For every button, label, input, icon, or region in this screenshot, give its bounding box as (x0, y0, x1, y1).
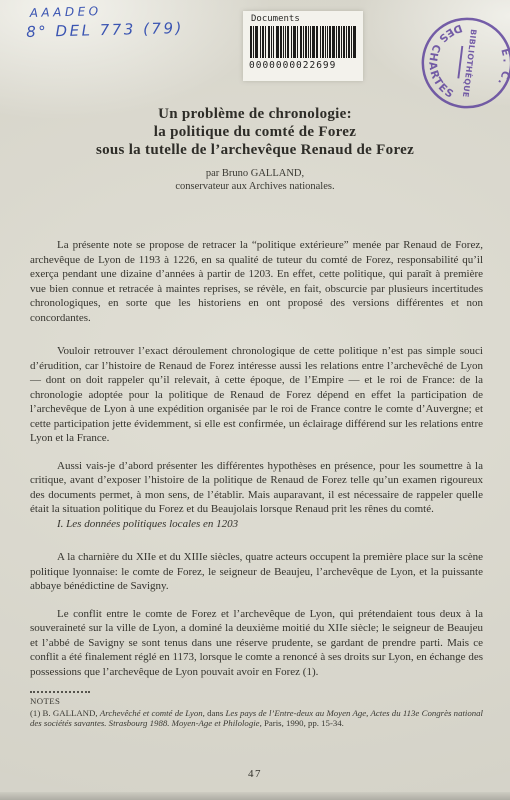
handwriting-line-1: AAADEO (30, 3, 184, 19)
title-line-3: sous la tutelle de l’archevêque Renaud d… (0, 141, 510, 159)
footnote-1: (1) B. GALLAND, Archevêché et comté de L… (30, 708, 483, 729)
notes-separator (30, 691, 90, 693)
barcode-title: Documents (251, 14, 363, 24)
title-line-2: la politique du comté de Forez (0, 123, 510, 141)
scanned-document-page: AAADEO 8° DEL 773 (79) Documents (0, 0, 510, 800)
body-paragraph-4: A la charnière du XIIe et du XIIIe siècl… (30, 550, 483, 594)
handwritten-call-number: AAADEO 8° DEL 773 (79) (26, 3, 184, 40)
body-paragraph-3: Aussi vais-je d’abord présenter les diff… (30, 459, 483, 517)
article-title: Un problème de chronologie: la politique… (0, 105, 510, 159)
section-heading: I. Les données politiques locales en 120… (30, 517, 483, 532)
library-stamp: E. C. DES CHARTES BIBLIOTHÈQUE (412, 9, 510, 116)
handwriting-line-2: 8° DEL 773 (79) (26, 21, 184, 40)
body-paragraph-5: Le conflit entre le comte de Forez et l’… (30, 607, 483, 680)
byline-affiliation: conservateur aux Archives nationales. (0, 180, 510, 193)
article-body: La présente note se propose de retracer … (30, 238, 483, 679)
svg-text:DES CHARTES: DES CHARTES (422, 18, 465, 102)
barcode-number: 0000000022699 (249, 60, 363, 71)
byline: par Bruno GALLAND, conservateur aux Arch… (0, 167, 510, 193)
notes-section: NOTES (1) B. GALLAND, Archevêché et comt… (30, 691, 483, 729)
byline-author: par Bruno GALLAND, (0, 167, 510, 180)
body-paragraph-2: Vouloir retrouver l’exact déroulement ch… (30, 344, 483, 446)
title-line-1: Un problème de chronologie: (0, 105, 510, 123)
barcode-label-sticker: Documents (243, 11, 363, 81)
barcode-icon (250, 26, 357, 58)
stamp-bottom-text: DES CHARTES (422, 18, 465, 102)
body-paragraph-1: La présente note se propose de retracer … (30, 238, 483, 325)
stamp-center-text: BIBLIOTHÈQUE (461, 29, 480, 99)
page-number: 47 (0, 768, 510, 780)
notes-label: NOTES (30, 696, 483, 707)
